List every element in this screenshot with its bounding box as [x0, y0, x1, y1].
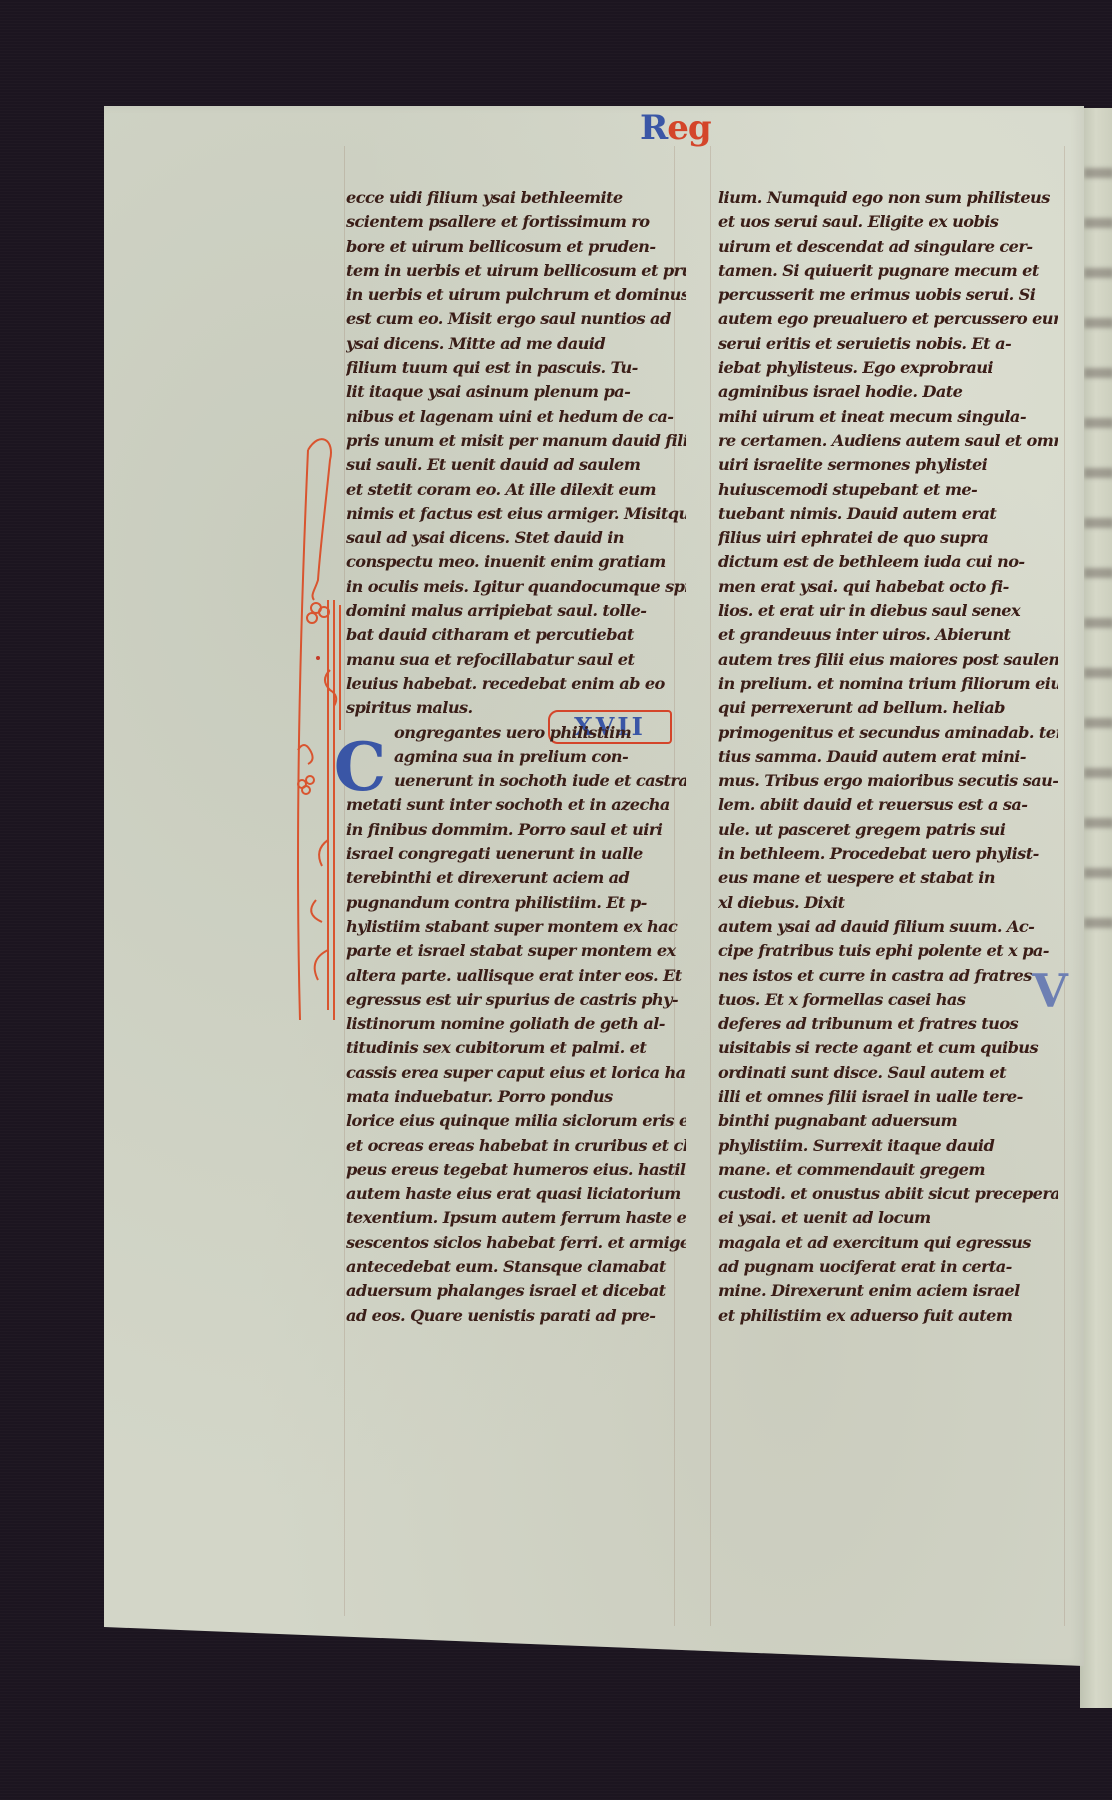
text-line: deferes ad tribunum et fratres tuos [718, 1012, 1058, 1036]
running-head: Reg [640, 108, 711, 148]
ruling-line [710, 146, 711, 1626]
text-line: men erat ysai. qui habebat octo fi- [718, 575, 1058, 599]
text-line: sui sauli. Et uenit dauid ad saulem [346, 453, 686, 477]
running-head-letter: R [640, 108, 667, 148]
text-line: autem ysai ad dauid filium suum. Ac- [718, 915, 1058, 939]
text-line: tem in uerbis et uirum bellicosum et pru… [346, 259, 686, 283]
text-line: autem ego preualuero et percussero eum u… [718, 307, 1058, 331]
text-line: agmina sua in prelium con- [346, 745, 686, 769]
text-line: ysai dicens. Mitte ad me dauid [346, 332, 686, 356]
text-line: filium tuum qui est in pascuis. Tu- [346, 356, 686, 380]
text-line: huiuscemodi stupebant et me- [718, 478, 1058, 502]
text-line: magala et ad exercitum qui egressus [718, 1231, 1058, 1255]
text-line: et ocreas ereas habebat in cruribus et c… [346, 1134, 686, 1158]
text-line: illi et omnes filii israel in ualle tere… [718, 1085, 1058, 1109]
text-line: in uerbis et uirum pulchrum et dominus [346, 283, 686, 307]
text-line: antecedebat eum. Stansque clamabat [346, 1255, 686, 1279]
text-line: et stetit coram eo. At ille dilexit eum [346, 478, 686, 502]
text-line: autem haste eius erat quasi liciatorium [346, 1182, 686, 1206]
text-line: re certamen. Audiens autem saul et omnes [718, 429, 1058, 453]
text-line: domini malus arripiebat saul. tolle- [346, 599, 686, 623]
text-line: bore et uirum bellicosum et pruden- [346, 235, 686, 259]
text-line: uiri israelite sermones phylistei [718, 453, 1058, 477]
text-line: texentium. Ipsum autem ferrum haste eius [346, 1206, 686, 1230]
adjacent-page-edge [1080, 108, 1112, 1708]
text-line: aduersum phalanges israel et dicebat [346, 1279, 686, 1303]
text-line: in oculis meis. Igitur quandocumque spir… [346, 575, 686, 599]
text-line: ongregantes uero philistiim [346, 721, 686, 745]
ruling-line [1064, 146, 1065, 1626]
running-head-letter: e [667, 108, 688, 148]
text-line: dictum est de bethleem iuda cui no- [718, 550, 1058, 574]
text-line: titudinis sex cubitorum et palmi. et [346, 1036, 686, 1060]
text-line: egressus est uir spurius de castris phy- [346, 988, 686, 1012]
text-line: uirum et descendat ad singulare cer- [718, 235, 1058, 259]
text-line: metati sunt inter sochoth et in azecha [346, 793, 686, 817]
text-line: tamen. Si quiuerit pugnare mecum et [718, 259, 1058, 283]
text-line: cipe fratribus tuis ephi polente et x pa… [718, 939, 1058, 963]
text-line: et uos serui saul. Eligite ex uobis [718, 210, 1058, 234]
text-line: conspectu meo. inuenit enim gratiam [346, 550, 686, 574]
text-line: lem. abiit dauid et reuersus est a sa- [718, 793, 1058, 817]
text-line: primogenitus et secundus aminadab. ter- [718, 721, 1058, 745]
text-line: ad pugnam uociferat erat in certa- [718, 1255, 1058, 1279]
text-line: ei ysai. et uenit ad locum [718, 1206, 1058, 1230]
text-line: lorice eius quinque milia siclorum eris … [346, 1109, 686, 1133]
text-line: eus mane et uespere et stabat in [718, 866, 1058, 890]
text-line: et philistiim ex aduerso fuit autem [718, 1304, 1058, 1328]
text-line: cassis erea super caput eius et lorica h… [346, 1061, 686, 1085]
text-line: iebat phylisteus. Ego exprobraui [718, 356, 1058, 380]
text-line: in prelium. et nomina trium filiorum eiu… [718, 672, 1058, 696]
text-line: in bethleem. Procedebat uero phylist- [718, 842, 1058, 866]
text-line: binthi pugnabant aduersum [718, 1109, 1058, 1133]
text-line: ordinati sunt disce. Saul autem et [718, 1061, 1058, 1085]
text-line: filius uiri ephratei de quo supra [718, 526, 1058, 550]
text-line: phylistiim. Surrexit itaque dauid [718, 1134, 1058, 1158]
text-line: bat dauid citharam et percutiebat [346, 623, 686, 647]
text-line: peus ereus tegebat humeros eius. hastile [346, 1158, 686, 1182]
text-line: pugnandum contra philistiim. Et p- [346, 891, 686, 915]
text-line: parte et israel stabat super montem ex [346, 939, 686, 963]
text-line: scientem psallere et fortissimum ro [346, 210, 686, 234]
text-line: mine. Direxerunt enim aciem israel [718, 1279, 1058, 1303]
text-line: autem tres filii eius maiores post saule… [718, 648, 1058, 672]
text-line: in finibus dommim. Porro saul et uiri [346, 818, 686, 842]
text-line: mata induebatur. Porro pondus [346, 1085, 686, 1109]
text-line: agminibus israel hodie. Date [718, 380, 1058, 404]
text-line: tius samma. Dauid autem erat mini- [718, 745, 1058, 769]
text-line: uisitabis si recte agant et cum quibus [718, 1036, 1058, 1060]
text-column-left: ecce uidi filium ysai bethleemitesciente… [346, 186, 686, 1328]
text-line: mus. Tribus ergo maioribus secutis sau- [718, 769, 1058, 793]
text-line: sescentos siclos habebat ferri. et armig… [346, 1231, 686, 1255]
text-line: ad eos. Quare uenistis parati ad pre- [346, 1304, 686, 1328]
text-line: lit itaque ysai asinum plenum pa- [346, 380, 686, 404]
text-line: est cum eo. Misit ergo saul nuntios ad [346, 307, 686, 331]
text-line: pris unum et misit per manum dauid filii [346, 429, 686, 453]
text-line: ecce uidi filium ysai bethleemite [346, 186, 686, 210]
text-line: lium. Numquid ego non sum philisteus [718, 186, 1058, 210]
text-line: et grandeuus inter uiros. Abierunt [718, 623, 1058, 647]
text-line: custodi. et onustus abiit sicut preceper… [718, 1182, 1058, 1206]
text-line: israel congregati uenerunt in ualle [346, 842, 686, 866]
text-line: nibus et lagenam uini et hedum de ca- [346, 405, 686, 429]
text-line: mane. et commendauit gregem [718, 1158, 1058, 1182]
text-line: tuos. Et x formellas casei has [718, 988, 1058, 1012]
text-line: listinorum nomine goliath de geth al- [346, 1012, 686, 1036]
text-line: leuius habebat. recedebat enim ab eo [346, 672, 686, 696]
text-line: hylistiim stabant super montem ex hac [346, 915, 686, 939]
text-line: xl diebus. Dixit [718, 891, 1058, 915]
text-line: saul ad ysai dicens. Stet dauid in [346, 526, 686, 550]
text-line: lios. et erat uir in diebus saul senex [718, 599, 1058, 623]
text-line: spiritus malus. [346, 696, 686, 720]
text-line: percusserit me erimus uobis serui. Si [718, 283, 1058, 307]
text-line: tuebant nimis. Dauid autem erat [718, 502, 1058, 526]
text-line: serui eritis et seruietis nobis. Et a- [718, 332, 1058, 356]
text-line: manu sua et refocillabatur saul et [346, 648, 686, 672]
text-line: nimis et factus est eius armiger. Misitq… [346, 502, 686, 526]
text-column-right: lium. Numquid ego non sum philisteuset u… [718, 186, 1058, 1328]
running-head-letter: g [688, 108, 711, 148]
text-line: terebinthi et direxerunt aciem ad [346, 866, 686, 890]
text-line: mihi uirum et ineat mecum singula- [718, 405, 1058, 429]
text-line: uenerunt in sochoth iude et castra [346, 769, 686, 793]
text-line: nes istos et curre in castra ad fratres [718, 964, 1058, 988]
text-line: qui perrexerunt ad bellum. heliab [718, 696, 1058, 720]
text-line: altera parte. uallisque erat inter eos. … [346, 964, 686, 988]
text-line: ule. ut pasceret gregem patris sui [718, 818, 1058, 842]
